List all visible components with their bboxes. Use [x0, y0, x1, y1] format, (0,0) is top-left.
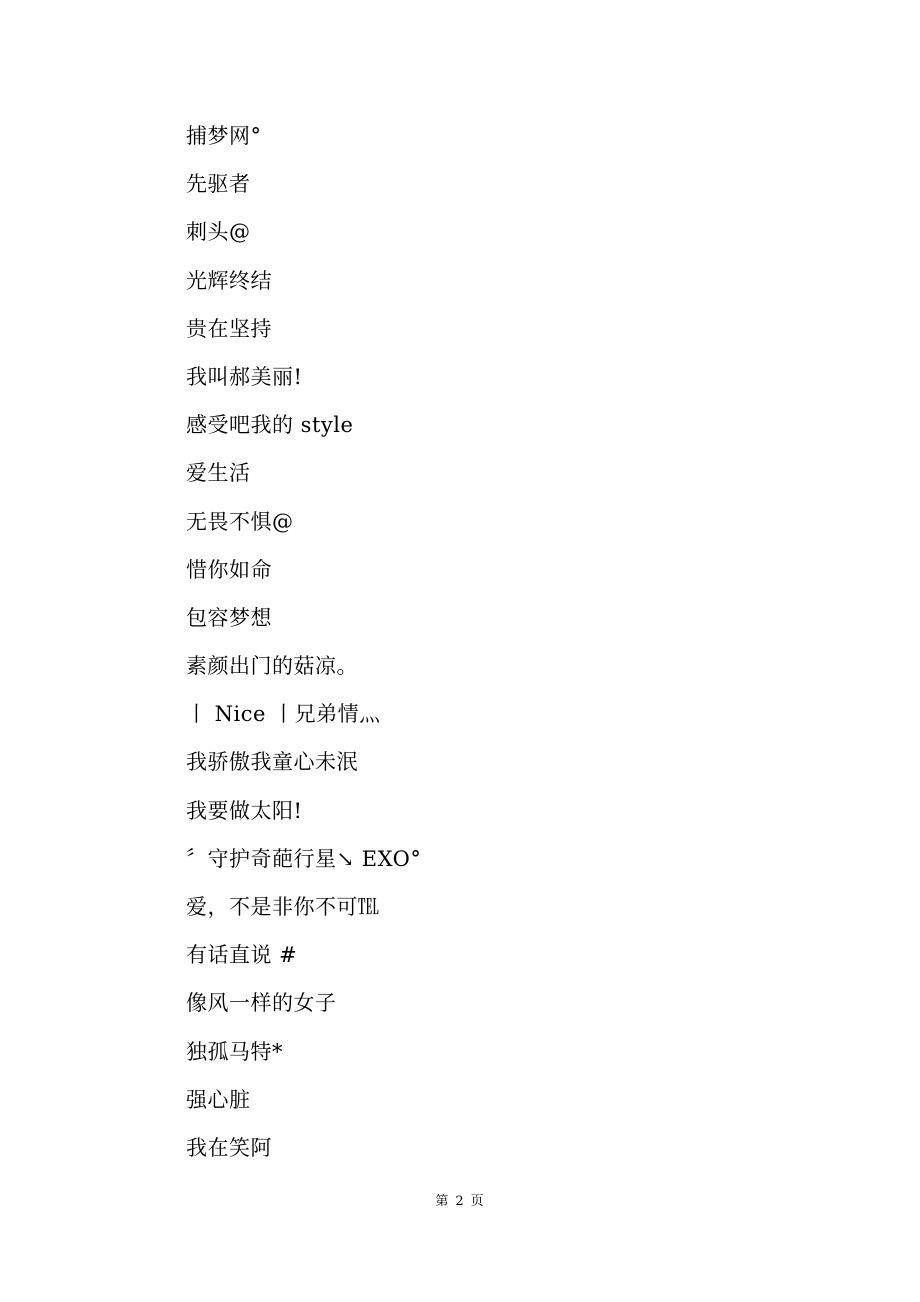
list-item: 爱生活: [186, 457, 421, 505]
page-number: 2: [455, 1194, 464, 1209]
list-item: 我骄傲我童心未泯: [186, 746, 421, 794]
list-item: 我叫郝美丽!: [186, 361, 421, 409]
list-item: 包容梦想: [186, 602, 421, 650]
nickname-list: 捕梦网° 先驱者 刺头@ 光辉终结 贵在坚持 我叫郝美丽! 感受吧我的 styl…: [186, 120, 421, 1180]
list-item: 独孤马特*: [186, 1036, 421, 1084]
list-item: 素颜出门的菇凉。: [186, 650, 421, 698]
page-number-prefix: 第: [435, 1194, 449, 1209]
page-footer: 第2页: [0, 1190, 920, 1209]
list-item: 我要做太阳!: [186, 795, 421, 843]
list-item: 光辉终结: [186, 265, 421, 313]
list-item: 感受吧我的 style: [186, 409, 421, 457]
list-item: 强心脏: [186, 1084, 421, 1132]
list-item: 先驱者: [186, 168, 421, 216]
list-item: 爱，不是非你不可℡: [186, 891, 421, 939]
list-item: 像风一样的女子: [186, 987, 421, 1035]
list-item: 贵在坚持: [186, 313, 421, 361]
list-item: 我在笑阿: [186, 1132, 421, 1180]
list-item: 丨 Nice 丨兄弟情灬: [186, 698, 421, 746]
list-item: 惜你如命: [186, 554, 421, 602]
document-page: 捕梦网° 先驱者 刺头@ 光辉终结 贵在坚持 我叫郝美丽! 感受吧我的 styl…: [0, 0, 920, 1302]
list-item: 捕梦网°: [186, 120, 421, 168]
list-item: 〞守护奇葩行星↘ EXO°: [186, 843, 421, 891]
list-item: 无畏不惧@: [186, 506, 421, 554]
page-number-suffix: 页: [471, 1194, 485, 1209]
list-item: 有话直说 #: [186, 939, 421, 987]
list-item: 刺头@: [186, 216, 421, 264]
